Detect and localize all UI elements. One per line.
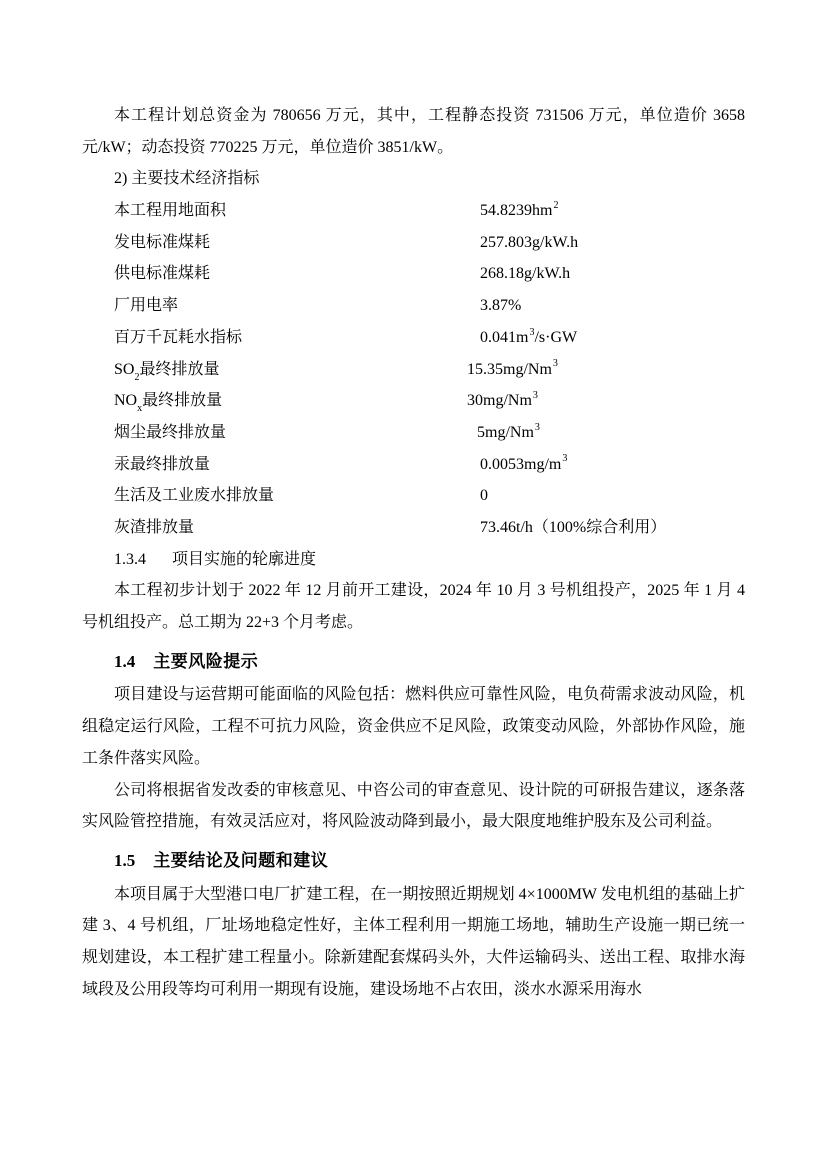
indicator-value: 3.87% bbox=[480, 290, 522, 322]
indicator-row-gen-coal-rate: 发电标准煤耗 257.803g/kW.h bbox=[82, 227, 745, 259]
schedule-paragraph: 本工程初步计划于 2022 年 12 月前开工建设，2024 年 10 月 3 … bbox=[82, 575, 745, 638]
indicator-value: 54.8239hm2 bbox=[480, 195, 558, 227]
section-title: 主要风险提示 bbox=[153, 652, 258, 671]
indicator-value: 0 bbox=[480, 480, 489, 512]
indicator-row-so2-emission: SO2最终排放量 15.35mg/Nm3 bbox=[82, 354, 745, 386]
indicator-label: 汞最终排放量 bbox=[114, 456, 210, 473]
section-number: 1.3.4 bbox=[114, 551, 146, 568]
section-heading-14: 1.4主要风险提示 bbox=[82, 646, 745, 678]
indicator-row-mercury-emission: 汞最终排放量 0.0053mg/m3 bbox=[82, 449, 745, 481]
indicator-value: 0.0053mg/m3 bbox=[480, 449, 567, 481]
indicator-row-water-consumption: 百万千瓦耗水指标 0.041m3/s·GW bbox=[82, 322, 745, 354]
indicators-list: 本工程用地面积 54.8239hm2 发电标准煤耗 257.803g/kW.h … bbox=[82, 195, 745, 544]
section-heading-15: 1.5主要结论及问题和建议 bbox=[82, 845, 745, 877]
indicator-label: SO2最终排放量 bbox=[114, 361, 219, 378]
risk-paragraph: 项目建设与运营期可能面临的风险包括：燃料供应可靠性风险，电负荷需求波动风险，机组… bbox=[82, 679, 745, 774]
conclusion-paragraph: 本项目属于大型港口电厂扩建工程，在一期按照近期规划 4×1000MW 发电机组的… bbox=[82, 879, 745, 1006]
indicator-label: 生活及工业废水排放量 bbox=[114, 487, 274, 504]
section-heading-134: 1.3.4项目实施的轮廓进度 bbox=[82, 544, 745, 576]
mitigation-paragraph: 公司将根据省发改委的审核意见、中咨公司的审查意见、设计院的可研报告建议，逐条落实… bbox=[82, 775, 745, 838]
indicator-label: 灰渣排放量 bbox=[114, 519, 194, 536]
indicator-label: 烟尘最终排放量 bbox=[114, 424, 226, 441]
indicator-label: 百万千瓦耗水指标 bbox=[114, 329, 242, 346]
indicator-label: 本工程用地面积 bbox=[114, 202, 226, 219]
indicator-value: 5mg/Nm3 bbox=[477, 417, 540, 449]
indicator-row-nox-emission: NOx最终排放量 30mg/Nm3 bbox=[82, 385, 745, 417]
section-title: 项目实施的轮廓进度 bbox=[172, 551, 316, 568]
indicator-row-ash-slag: 灰渣排放量 73.46t/h（100%综合利用） bbox=[82, 512, 745, 544]
indicator-row-land-area: 本工程用地面积 54.8239hm2 bbox=[82, 195, 745, 227]
section-number: 1.4 bbox=[114, 652, 135, 671]
indicator-row-wastewater: 生活及工业废水排放量 0 bbox=[82, 480, 745, 512]
indicator-label: 供电标准煤耗 bbox=[114, 265, 210, 282]
indicator-value: 73.46t/h（100%综合利用） bbox=[480, 512, 667, 544]
indicator-value: 30mg/Nm3 bbox=[467, 385, 538, 417]
indicator-value: 15.35mg/Nm3 bbox=[467, 354, 558, 386]
indicator-label: NOx最终排放量 bbox=[114, 392, 222, 409]
document-page: 本工程计划总资金为 780656 万元，其中，工程静态投资 731506 万元，… bbox=[0, 0, 827, 1169]
intro-paragraph: 本工程计划总资金为 780656 万元，其中，工程静态投资 731506 万元，… bbox=[82, 100, 745, 163]
indicators-list-heading: 2) 主要技术经济指标 bbox=[82, 163, 745, 195]
section-number: 1.5 bbox=[114, 851, 135, 870]
indicator-row-aux-power: 厂用电率 3.87% bbox=[82, 290, 745, 322]
indicator-label: 发电标准煤耗 bbox=[114, 234, 210, 251]
indicator-row-supply-coal-rate: 供电标准煤耗 268.18g/kW.h bbox=[82, 258, 745, 290]
indicator-label: 厂用电率 bbox=[114, 297, 178, 314]
indicator-row-dust-emission: 烟尘最终排放量 5mg/Nm3 bbox=[82, 417, 745, 449]
indicator-value: 268.18g/kW.h bbox=[480, 258, 571, 290]
indicator-value: 257.803g/kW.h bbox=[480, 227, 579, 259]
indicator-value: 0.041m3/s·GW bbox=[480, 322, 577, 354]
section-title: 主要结论及问题和建议 bbox=[153, 851, 328, 870]
